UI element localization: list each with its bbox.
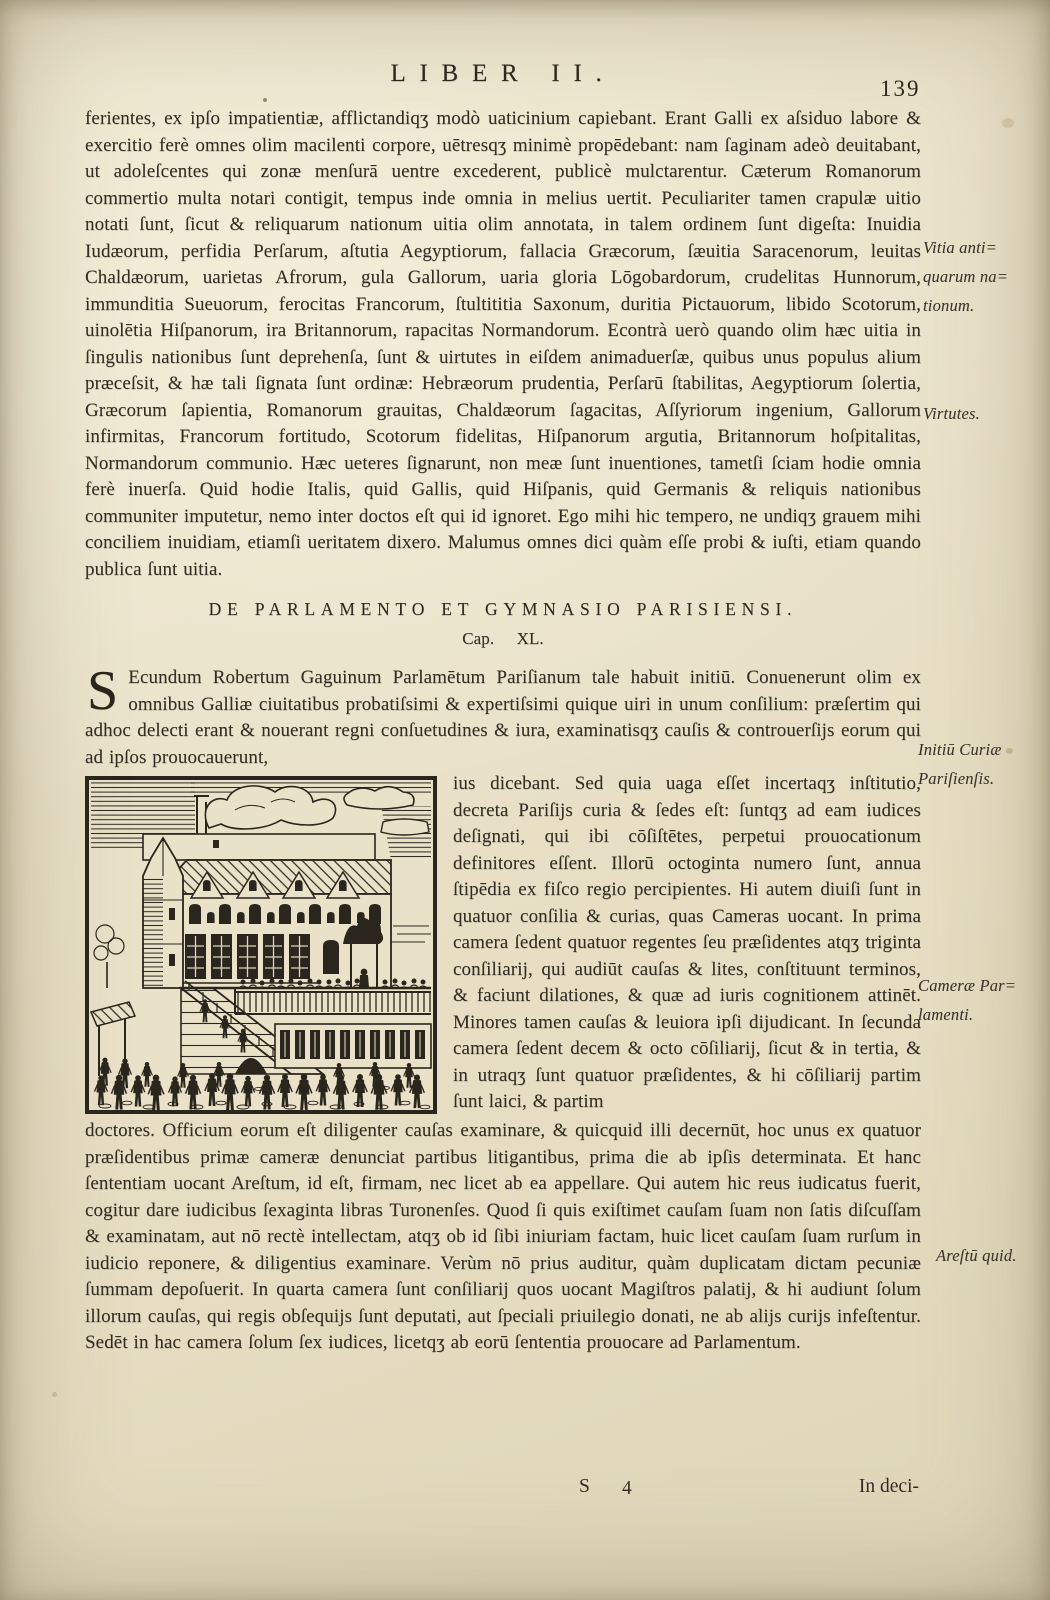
text-column: ferientes, ex ipſo impatientiæ, afflicta…: [85, 106, 921, 1357]
paragraph-2-continuation: doctores. Officium eorum eſt diligenter …: [85, 1118, 921, 1357]
paper-stain: [1002, 118, 1014, 128]
signature-mark: S: [579, 1476, 590, 1498]
paper-speck: [52, 1392, 57, 1397]
paper-speck: [263, 98, 267, 102]
margin-note-arestum: Areſtū quid.: [936, 1241, 1046, 1270]
signature-number: 4: [622, 1478, 632, 1500]
paragraph-2-intro: SEcundum Robertum Gaguinum Parlamētum Pa…: [85, 665, 921, 771]
paragraph-2-intro-text: Ecundum Robertum Gaguinum Parlamētum Par…: [85, 667, 921, 768]
margin-note-initium: Initiū Curiæ Pariſienſis.: [918, 735, 1043, 793]
book-page: LIBER II. 139 ferientes, ex ipſo impatie…: [0, 0, 1050, 1600]
margin-note-virtutes: Virtutes.: [923, 399, 1033, 428]
drop-cap-initial: S: [85, 665, 128, 714]
running-header: LIBER II.: [85, 60, 921, 88]
chapter-number: Cap. XL.: [85, 626, 921, 653]
chapter-heading: DE PARLAMENTO ET GYMNASIO PARISIENSI.: [85, 596, 921, 623]
woodcut-section: ius dicebant. Sed quia uaga eſſet incert…: [85, 771, 921, 1116]
margin-note-vitia: Vitia anti= quarum na= tionum.: [923, 233, 1041, 320]
margin-note-camerae: Cameræ Par= lamenti.: [918, 971, 1043, 1029]
woodcut-parlement-illustration: [85, 776, 437, 1114]
signature-line: S 4 In deci-: [85, 1476, 921, 1504]
body-paragraph-1: ferientes, ex ipſo impatientiæ, afflicta…: [85, 106, 921, 583]
catchword: In deci-: [859, 1476, 919, 1498]
page-number: 139: [880, 76, 921, 102]
